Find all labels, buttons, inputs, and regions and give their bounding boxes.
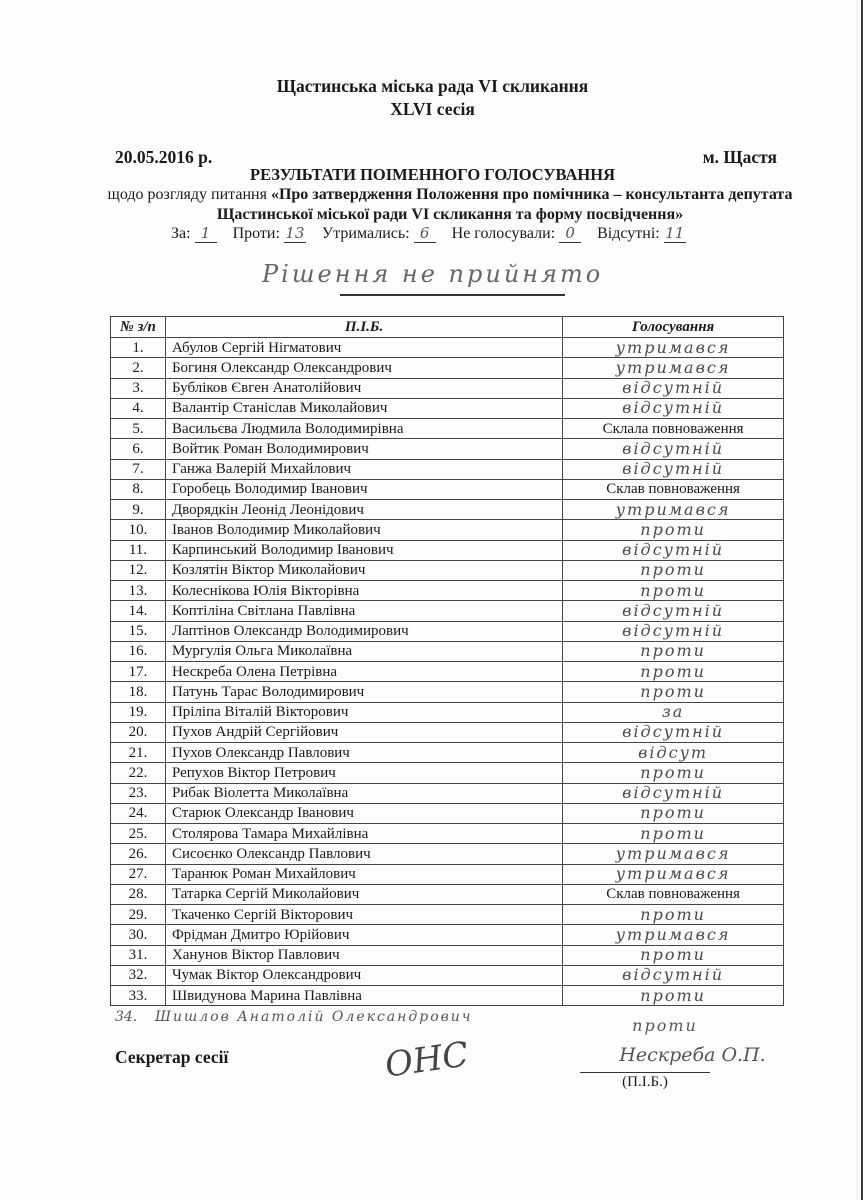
table-row: 33.Швидунова Марина Павлівнапроти (111, 986, 784, 1006)
session-title: XLVI сесія (0, 99, 865, 120)
secretary-label: Секретар сесії (115, 1047, 228, 1068)
row-number: 2. (111, 358, 166, 378)
table-row: 30.Фрідман Дмитро Юрійовичутримався (111, 925, 784, 945)
row-number: 11. (111, 540, 166, 560)
table-row: 6.Войтик Роман Володимировичвідсутній (111, 439, 784, 459)
table-row: 29.Ткаченко Сергій Вікторовичпроти (111, 905, 784, 925)
row-vote: проти (563, 945, 784, 965)
row-vote: відсутній (563, 965, 784, 985)
against-value: 13 (284, 224, 306, 243)
row-number: 31. (111, 945, 166, 965)
row-name: Ханунов Віктор Павлович (165, 945, 562, 965)
table-header-row: № з/п П.І.Б. Голосування (111, 317, 784, 338)
table-row: 26.Сисоєнко Олександр Павловичутримався (111, 844, 784, 864)
table-row: 11.Карпинський Володимир Івановичвідсутн… (111, 540, 784, 560)
table-row: 32.Чумак Віктор Олександровичвідсутній (111, 965, 784, 985)
vote-counts: За:1 Проти:13 Утримались:6 Не голосували… (171, 224, 698, 243)
row-name: Іванов Володимир Миколайович (165, 520, 562, 540)
table-row: 5.Васильєва Людмила ВолодимирівнаСклала … (111, 419, 784, 439)
row-name: Столярова Тамара Михайлівна (165, 824, 562, 844)
row-vote: проти (563, 682, 784, 702)
row-number: 24. (111, 803, 166, 823)
row-number: 18. (111, 682, 166, 702)
table-row: 21.Пухов Олександр Павловичвідсут (111, 743, 784, 763)
row-number: 8. (111, 479, 166, 499)
row-name: Ткаченко Сергій Вікторович (165, 905, 562, 925)
row-name: Рибак Віолетта Миколаївна (165, 783, 562, 803)
results-title: РЕЗУЛЬТАТИ ПОІМЕННОГО ГОЛОСУВАННЯ (0, 165, 865, 185)
subject-title: «Про затвердження Положення про помічник… (217, 186, 793, 223)
table-row: 31.Ханунов Віктор Павловичпроти (111, 945, 784, 965)
row-number: 12. (111, 560, 166, 580)
row-vote: Склав повноваження (563, 884, 784, 904)
table-row: 28.Татарка Сергій МиколайовичСклав повно… (111, 884, 784, 904)
header-number: № з/п (111, 317, 166, 338)
abstained-label: Утримались: (322, 225, 410, 242)
row-number: 21. (111, 743, 166, 763)
row-number: 19. (111, 702, 166, 722)
row-vote: утримався (563, 338, 784, 358)
for-value: 1 (195, 224, 217, 243)
table-row: 18.Патунь Тарас Володимировичпроти (111, 682, 784, 702)
header-name: П.І.Б. (165, 317, 562, 338)
row-name: Нескреба Олена Петрівна (165, 662, 562, 682)
row-name: Бубліков Євген Анатолійович (165, 378, 562, 398)
council-title: Щастинська міська рада VI скликання (0, 76, 865, 97)
abstained-value: 6 (414, 224, 436, 243)
decision-handwritten: Рішення не прийнято (262, 260, 603, 288)
handwritten-row-name: Шишлов Анатолій Олександрович (155, 1009, 555, 1025)
row-name: Васильєва Людмила Володимирівна (165, 419, 562, 439)
absent-value: 11 (664, 224, 686, 243)
row-name: Фрідман Дмитро Юрійович (165, 925, 562, 945)
row-number: 27. (111, 864, 166, 884)
absent-label: Відсутні: (597, 225, 660, 242)
row-number: 10. (111, 520, 166, 540)
row-name: Дворядкін Леонід Леонідович (165, 500, 562, 520)
row-name: Козлятін Віктор Миколайович (165, 560, 562, 580)
row-name: Репухов Віктор Петрович (165, 763, 562, 783)
row-name: Колеснікова Юлія Вікторівна (165, 581, 562, 601)
row-number: 4. (111, 398, 166, 418)
row-number: 13. (111, 581, 166, 601)
table-row: 22.Репухов Віктор Петровичпроти (111, 763, 784, 783)
vote-table: № з/п П.І.Б. Голосування 1.Абулов Сергій… (110, 316, 784, 1006)
row-vote: проти (563, 581, 784, 601)
row-number: 28. (111, 884, 166, 904)
row-vote: проти (563, 763, 784, 783)
table-row: 12.Козлятін Віктор Миколайовичпроти (111, 560, 784, 580)
row-vote: відсут (563, 743, 784, 763)
table-row: 3.Бубліков Євген Анатолійовичвідсутній (111, 378, 784, 398)
table-row: 1.Абулов Сергій Нігматовичутримався (111, 338, 784, 358)
handwritten-row-number: 34. (115, 1009, 155, 1025)
row-name: Пухов Андрій Сергійович (165, 722, 562, 742)
against-label: Проти: (233, 225, 280, 242)
secretary-signature: ОНС (383, 1034, 471, 1085)
row-name: Пухов Олександр Павлович (165, 743, 562, 763)
pib-caption: (П.І.Б.) (580, 1074, 710, 1091)
row-name: Карпинський Володимир Іванович (165, 540, 562, 560)
row-number: 25. (111, 824, 166, 844)
row-vote: утримався (563, 844, 784, 864)
row-vote: проти (563, 905, 784, 925)
row-name: Ганжа Валерій Михайлович (165, 459, 562, 479)
row-name: Швидунова Марина Павлівна (165, 986, 562, 1006)
row-vote: відсутній (563, 459, 784, 479)
row-number: 20. (111, 722, 166, 742)
row-number: 7. (111, 459, 166, 479)
row-vote: відсутній (563, 621, 784, 641)
header-vote: Голосування (563, 317, 784, 338)
table-row: 8.Горобець Володимир ІвановичСклав повно… (111, 479, 784, 499)
row-name: Мургулія Ольга Миколаївна (165, 641, 562, 661)
row-name: Татарка Сергій Миколайович (165, 884, 562, 904)
row-vote: проти (563, 986, 784, 1006)
row-number: 16. (111, 641, 166, 661)
row-number: 23. (111, 783, 166, 803)
table-row: 25.Столярова Тамара Михайлівнапроти (111, 824, 784, 844)
row-vote: проти (563, 803, 784, 823)
row-vote: проти (563, 662, 784, 682)
row-name: Старюк Олександр Іванович (165, 803, 562, 823)
table-row: 19.Пріліпа Віталій Вікторовичза (111, 702, 784, 722)
row-vote: проти (563, 520, 784, 540)
table-row: 20.Пухов Андрій Сергійовичвідсутній (111, 722, 784, 742)
table-row: 7.Ганжа Валерій Михайловичвідсутній (111, 459, 784, 479)
row-vote: відсутній (563, 722, 784, 742)
row-vote: відсутній (563, 398, 784, 418)
row-name: Абулов Сергій Нігматович (165, 338, 562, 358)
row-number: 32. (111, 965, 166, 985)
row-number: 6. (111, 439, 166, 459)
row-name: Лаптінов Олександр Володимирович (165, 621, 562, 641)
row-name: Таранюк Роман Михайлович (165, 864, 562, 884)
row-name: Пріліпа Віталій Вікторович (165, 702, 562, 722)
row-vote: відсутній (563, 601, 784, 621)
row-vote: утримався (563, 500, 784, 520)
table-row: 16.Мургулія Ольга Миколаївнапроти (111, 641, 784, 661)
row-vote: проти (563, 560, 784, 580)
table-row: 4.Валантір Станіслав Миколайовичвідсутні… (111, 398, 784, 418)
signature-line (580, 1072, 710, 1073)
table-row: 2.Богиня Олександр Олександровичутримавс… (111, 358, 784, 378)
subject-prefix: щодо розгляду питання (108, 186, 271, 203)
row-name: Горобець Володимир Іванович (165, 479, 562, 499)
row-number: 29. (111, 905, 166, 925)
table-row: 23.Рибак Віолетта Миколаївнавідсутній (111, 783, 784, 803)
row-vote: утримався (563, 864, 784, 884)
table-row: 13.Колеснікова Юлія Вікторівнапроти (111, 581, 784, 601)
row-number: 5. (111, 419, 166, 439)
handwritten-row-vote: проти (555, 1016, 775, 1035)
row-number: 17. (111, 662, 166, 682)
row-number: 22. (111, 763, 166, 783)
row-vote: проти (563, 824, 784, 844)
row-vote: Склав повноваження (563, 479, 784, 499)
row-vote: відсутній (563, 540, 784, 560)
row-vote: відсутній (563, 783, 784, 803)
row-number: 26. (111, 844, 166, 864)
row-vote: утримався (563, 358, 784, 378)
row-vote: утримався (563, 925, 784, 945)
row-name: Богиня Олександр Олександрович (165, 358, 562, 378)
row-number: 1. (111, 338, 166, 358)
table-row: 17.Нескреба Олена Петрівнапроти (111, 662, 784, 682)
not-voted-label: Не голосували: (452, 225, 555, 242)
decision-underline (340, 294, 565, 296)
handwritten-row: 34.Шишлов Анатолій Олександровичпроти (115, 1006, 795, 1025)
row-vote: відсутній (563, 439, 784, 459)
table-row: 15.Лаптінов Олександр Володимировичвідсу… (111, 621, 784, 641)
table-row: 27.Таранюк Роман Михайловичутримався (111, 864, 784, 884)
vote-subject: щодо розгляду питання «Про затвердження … (100, 185, 800, 225)
table-row: 9.Дворядкін Леонід Леонідовичутримався (111, 500, 784, 520)
row-vote: Склала повноваження (563, 419, 784, 439)
table-row: 10.Іванов Володимир Миколайовичпроти (111, 520, 784, 540)
row-name: Патунь Тарас Володимирович (165, 682, 562, 702)
secretary-name-handwritten: Нескреба О.П. (580, 1044, 805, 1066)
not-voted-value: 0 (559, 224, 581, 243)
row-number: 14. (111, 601, 166, 621)
row-name: Валантір Станіслав Миколайович (165, 398, 562, 418)
table-row: 24.Старюк Олександр Івановичпроти (111, 803, 784, 823)
row-vote: відсутній (563, 378, 784, 398)
row-name: Войтик Роман Володимирович (165, 439, 562, 459)
for-label: За: (171, 225, 191, 242)
row-number: 30. (111, 925, 166, 945)
row-vote: проти (563, 641, 784, 661)
row-name: Чумак Віктор Олександрович (165, 965, 562, 985)
row-name: Сисоєнко Олександр Павлович (165, 844, 562, 864)
row-vote: за (563, 702, 784, 722)
table-body: 1.Абулов Сергій Нігматовичутримався2.Бог… (111, 338, 784, 1006)
row-name: Коптіліна Світлана Павлівна (165, 601, 562, 621)
table-row: 14.Коптіліна Світлана Павлівнавідсутній (111, 601, 784, 621)
row-number: 9. (111, 500, 166, 520)
row-number: 33. (111, 986, 166, 1006)
row-number: 15. (111, 621, 166, 641)
row-number: 3. (111, 378, 166, 398)
